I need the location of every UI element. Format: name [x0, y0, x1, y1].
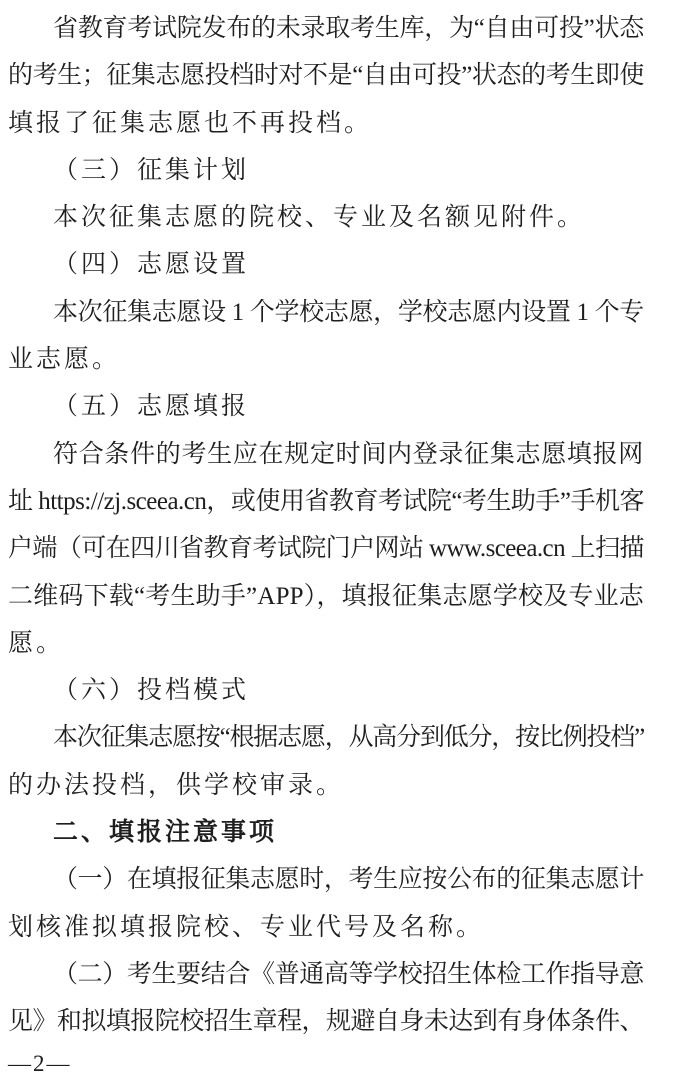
text-line: 本次征集志愿按“根据志愿，从高分到低分，按比例投档”: [8, 714, 644, 761]
text-line: 愿。: [8, 620, 644, 667]
section-heading: （三）征集计划: [8, 147, 644, 194]
text-line: （二）考生要结合《普通高等学校招生体检工作指导意: [8, 951, 644, 998]
text-line: 业志愿。: [8, 336, 644, 383]
text-line: 的办法投档，供学校审录。: [8, 762, 644, 809]
text-line: （一）在填报征集志愿时，考生应按公布的征集志愿计: [8, 856, 644, 903]
section-heading: （六）投档模式: [8, 667, 644, 714]
text-column: 省教育考试院发布的未录取考生库，为“自由可投”状态 的考生；征集志愿投档时对不是…: [8, 5, 644, 1046]
document-page: 省教育考试院发布的未录取考生库，为“自由可投”状态 的考生；征集志愿投档时对不是…: [0, 0, 680, 1091]
text-line: 的考生；征集志愿投档时对不是“自由可投”状态的考生即使: [8, 52, 644, 99]
text-line: 符合条件的考生应在规定时间内登录征集志愿填报网: [8, 431, 644, 478]
page-number: —2—: [8, 1048, 72, 1080]
text-line: 本次征集志愿设 1 个学校志愿，学校志愿内设置 1 个专: [8, 289, 644, 336]
bold-section-heading: 二、填报注意事项: [8, 809, 644, 856]
text-line: 二维码下载“考生助手”APP），填报征集志愿学校及专业志: [8, 573, 644, 620]
text-line: 省教育考试院发布的未录取考生库，为“自由可投”状态: [8, 5, 644, 52]
text-line: 址 https://zj.sceea.cn，或使用省教育考试院“考生助手”手机客: [8, 478, 644, 525]
section-heading: （四）志愿设置: [8, 241, 644, 288]
text-line: 见》和拟填报院校招生章程，规避自身未达到有身体条件、: [8, 998, 644, 1045]
text-line: 划核准拟填报院校、专业代号及名称。: [8, 904, 644, 951]
section-heading: （五）志愿填报: [8, 383, 644, 430]
text-line: 本次征集志愿的院校、专业及名额见附件。: [8, 194, 644, 241]
text-line: 填报了征集志愿也不再投档。: [8, 100, 644, 147]
text-line: 户端（可在四川省教育考试院门户网站 www.sceea.cn 上扫描: [8, 525, 644, 572]
